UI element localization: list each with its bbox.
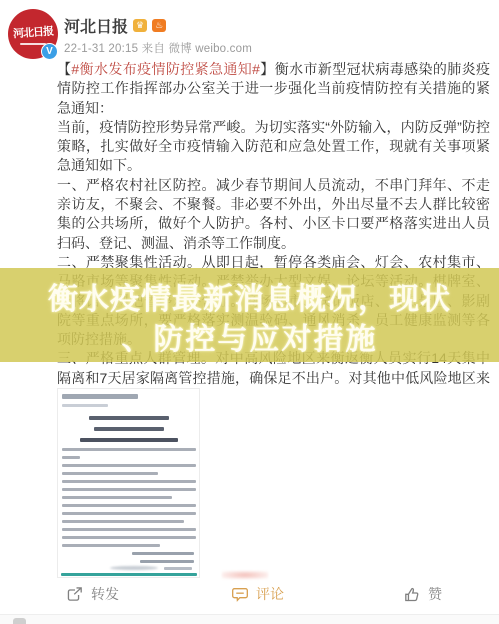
comment-avatar-stub xyxy=(13,618,26,624)
doc-text-line xyxy=(62,488,196,491)
source-link[interactable]: 微博 weibo.com xyxy=(168,43,252,55)
vip-crown-icon: ♛ xyxy=(133,19,147,32)
overlay-title-line2: 、防控与应对措施 xyxy=(0,314,499,358)
doc-handwriting-scribble xyxy=(110,566,158,570)
repost-button[interactable]: 转发 xyxy=(66,584,119,604)
action-bar: 转发 评论 赞 xyxy=(0,584,499,614)
avatar-logo-subline xyxy=(20,43,46,45)
overlay-title-line1: 衡水疫情最新消息概况，现状 xyxy=(0,274,499,318)
like-button[interactable]: 赞 xyxy=(403,584,442,604)
doc-text-line xyxy=(62,480,196,483)
doc-text-line xyxy=(62,504,196,507)
bracket: 】 xyxy=(260,61,275,77)
attached-document-image[interactable] xyxy=(57,388,200,578)
verified-badge-icon: V xyxy=(41,43,58,60)
doc-text-line xyxy=(62,512,196,515)
like-label: 赞 xyxy=(428,584,442,604)
bracket: 【 xyxy=(57,61,71,77)
doc-text-line xyxy=(62,536,196,539)
title-overlay-banner: 衡水疫情最新消息概况，现状 、防控与应对措施 xyxy=(0,268,499,362)
source-label: 来自 xyxy=(142,43,165,55)
post-meta[interactable]: 22-1-31 20:15 来自 微博 weibo.com xyxy=(64,40,252,56)
doc-title-line xyxy=(94,427,164,431)
doc-text-line xyxy=(62,472,158,475)
post-paragraph: 【#衡水发布疫情防控紧急通知#】衡水市新型冠状病毒感染的肺炎疫情防控工作指挥部办… xyxy=(57,60,490,118)
comment-button[interactable]: 评论 xyxy=(231,584,284,604)
doc-teal-underline xyxy=(61,573,197,576)
doc-date-line xyxy=(164,567,192,570)
weibo-post-screen: 河北日报 V 河北日报 ♛ ♨ 22-1-31 20:15 来自 微博 weib… xyxy=(0,0,499,624)
username[interactable]: 河北日报 xyxy=(64,14,128,37)
doc-text-line xyxy=(62,456,80,459)
hashtag-link[interactable]: #衡水发布疫情防控紧急通知# xyxy=(71,61,260,77)
username-row: 河北日报 ♛ ♨ xyxy=(64,14,166,37)
doc-text-line xyxy=(62,464,196,467)
doc-scribble-line xyxy=(62,394,138,399)
doc-scribble-line xyxy=(62,404,108,407)
doc-text-line xyxy=(62,528,196,531)
doc-text-line xyxy=(62,496,172,499)
post-paragraph: 一、严格农村社区防控。减少春节期间人员流动，不串门拜年、不走亲访友，不聚会、不聚… xyxy=(57,176,490,253)
doc-signature-line xyxy=(140,560,194,563)
comment-section-top xyxy=(0,615,499,624)
repost-icon xyxy=(66,587,84,602)
flame-icon: ♨ xyxy=(152,19,166,32)
avatar-logo-text: 河北日报 xyxy=(12,22,53,41)
doc-text-line xyxy=(62,520,184,523)
post-paragraph: 当前，疫情防控形势异常严峻。为切实落实“外防输入，内防反弹”防控策略，扎实做好全… xyxy=(57,118,490,176)
doc-title-line xyxy=(89,416,169,420)
comment-label: 评论 xyxy=(256,584,284,604)
doc-text-line xyxy=(62,544,160,547)
doc-signature-line xyxy=(132,552,194,555)
comment-icon xyxy=(231,587,249,602)
repost-label: 转发 xyxy=(91,584,119,604)
doc-title-line xyxy=(80,438,178,442)
red-watermark-smudge xyxy=(222,571,268,579)
doc-text-line xyxy=(62,448,196,451)
thumbs-up-icon xyxy=(403,587,421,602)
timestamp: 22-1-31 20:15 xyxy=(64,43,138,55)
